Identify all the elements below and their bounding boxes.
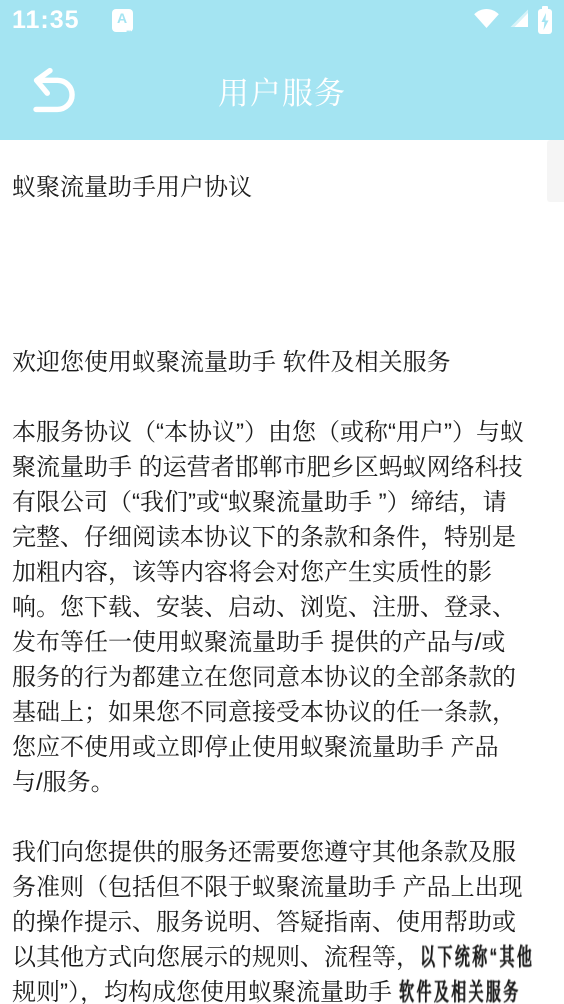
agreement-welcome-line: 欢迎您使用蚁聚流量助手 软件及相关服务 — [12, 345, 552, 380]
status-bar: 11:35 A ... — [0, 0, 564, 40]
scrollbar-thumb[interactable] — [547, 140, 564, 202]
app-screen: 11:35 A ... — [0, 0, 564, 1004]
app-bar: 用户服务 — [0, 40, 564, 140]
glitched-text-2: 软件及相关服务 — [399, 975, 523, 1004]
agreement-title: 蚁聚流量助手用户协议 — [12, 170, 552, 205]
ime-a-icon: A ... — [112, 9, 133, 32]
status-time: 11:35 — [12, 0, 80, 40]
paragraph-2-text-b: 规则”），均构成您使用蚁聚流量助手 — [12, 979, 399, 1004]
battery-charging-icon — [538, 9, 552, 34]
agreement-paragraph-2: 我们向您提供的服务还需要您遵守其他条款及服 务准则（包括但不限于蚁聚流量助手 产… — [12, 835, 552, 1004]
wifi-icon — [473, 7, 500, 34]
agreement-scroll-area[interactable]: 蚁聚流量助手用户协议 欢迎您使用蚁聚流量助手 软件及相关服务 本服务协议（“本协… — [0, 140, 564, 1004]
cell-signal-icon — [509, 8, 529, 33]
page-title: 用户服务 — [0, 68, 564, 113]
agreement-paragraph-1: 本服务协议（“本协议”）由您（或称“用户”）与蚁 聚流量助手 的运营者邯郸市肥乡… — [12, 415, 552, 800]
glitched-text-1: 以下统称“其他 — [420, 940, 544, 975]
